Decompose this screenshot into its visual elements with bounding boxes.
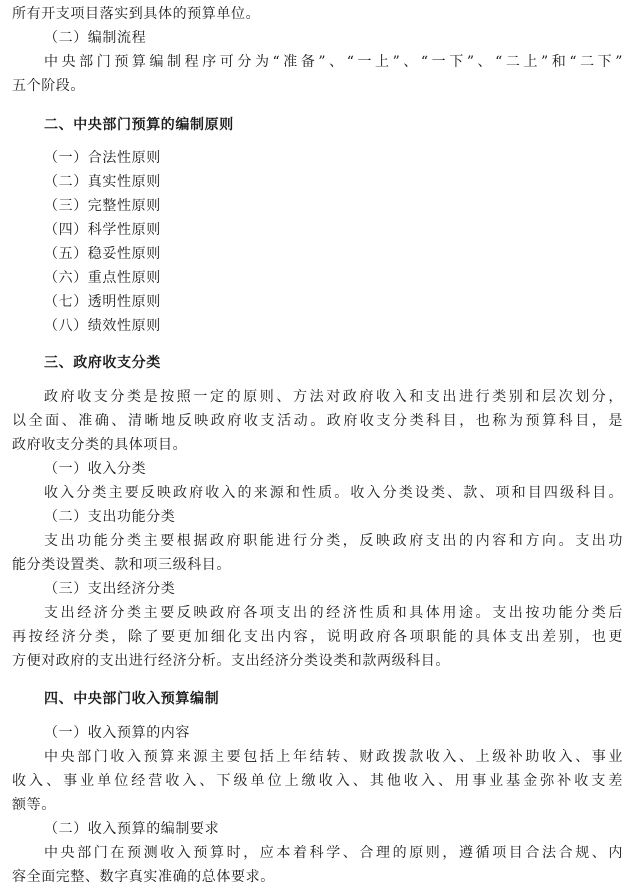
list-item: （二）真实性原则 [44,170,623,194]
paragraph-line: 中央部门预算编制程序可分为“准备”、“一上”、“一下”、“二上”和“二下” [44,50,623,74]
paragraph-line: 中央部门在预测收入预算时，应本着科学、合理的原则，遵循项目合法合规、内 [44,841,623,865]
subheading: （一）收入预算的内容 [44,721,623,745]
paragraph-line: 以全面、准确、清晰地反映政府收支活动。政府收支分类科目，也称为预算科目，是 [12,409,623,433]
paragraph-line: 收入、事业单位经营收入、下级单位上缴收入、其他收入、用事业基金弥补收支差 [12,769,623,793]
paragraph-line: 额等。 [12,793,623,817]
paragraph-line: 五个阶段。 [12,74,623,98]
subheading: （一）收入分类 [44,457,623,481]
list-item: （四）科学性原则 [44,218,623,242]
list-item: （五）稳妥性原则 [44,242,623,266]
list-item: （八）绩效性原则 [44,314,623,338]
list-item: （三）完整性原则 [44,194,623,218]
paragraph-line: 方便对政府的支出进行经济分析。支出经济分类设类和款两级科目。 [12,649,623,673]
paragraph-line: 所有开支项目落实到具体的预算单位。 [12,2,623,26]
paragraph-line: 支出经济分类主要反映政府各项支出的经济性质和具体用途。支出按功能分类后 [44,601,623,625]
section-heading-2: 二、中央部门预算的编制原则 [44,113,623,137]
paragraph-line: 再按经济分类，除了要更加细化支出内容，说明政府各项职能的具体支出差别，也更 [12,625,623,649]
subheading: （二）收入预算的编制要求 [44,817,623,841]
paragraph-line: 政府收支分类的具体项目。 [12,433,623,457]
subheading-compile-process: （二）编制流程 [44,26,623,50]
paragraph-line: 收入分类主要反映政府收入的来源和性质。收入分类设类、款、项和目四级科目。 [44,481,623,505]
paragraph-line: 能分类设置类、款和项三级科目。 [12,553,623,577]
subheading: （二）支出功能分类 [44,505,623,529]
list-item: （六）重点性原则 [44,266,623,290]
paragraph-line: 政府收支分类是按照一定的原则、方法对政府收入和支出进行类别和层次划分， [44,385,623,409]
list-item: （七）透明性原则 [44,290,623,314]
paragraph-line: 容全面完整、数字真实准确的总体要求。 [12,865,623,889]
list-item: （一）合法性原则 [44,146,623,170]
paragraph-line: 支出功能分类主要根据政府职能进行分类，反映政府支出的内容和方向。支出功 [44,529,623,553]
document-page: 所有开支项目落实到具体的预算单位。 （二）编制流程 中央部门预算编制程序可分为“… [0,0,627,894]
section-heading-4: 四、中央部门收入预算编制 [44,687,623,711]
paragraph-line: 中央部门收入预算来源主要包括上年结转、财政拨款收入、上级补助收入、事业 [44,745,623,769]
subheading: （三）支出经济分类 [44,577,623,601]
section-heading-3: 三、政府收支分类 [44,351,623,375]
